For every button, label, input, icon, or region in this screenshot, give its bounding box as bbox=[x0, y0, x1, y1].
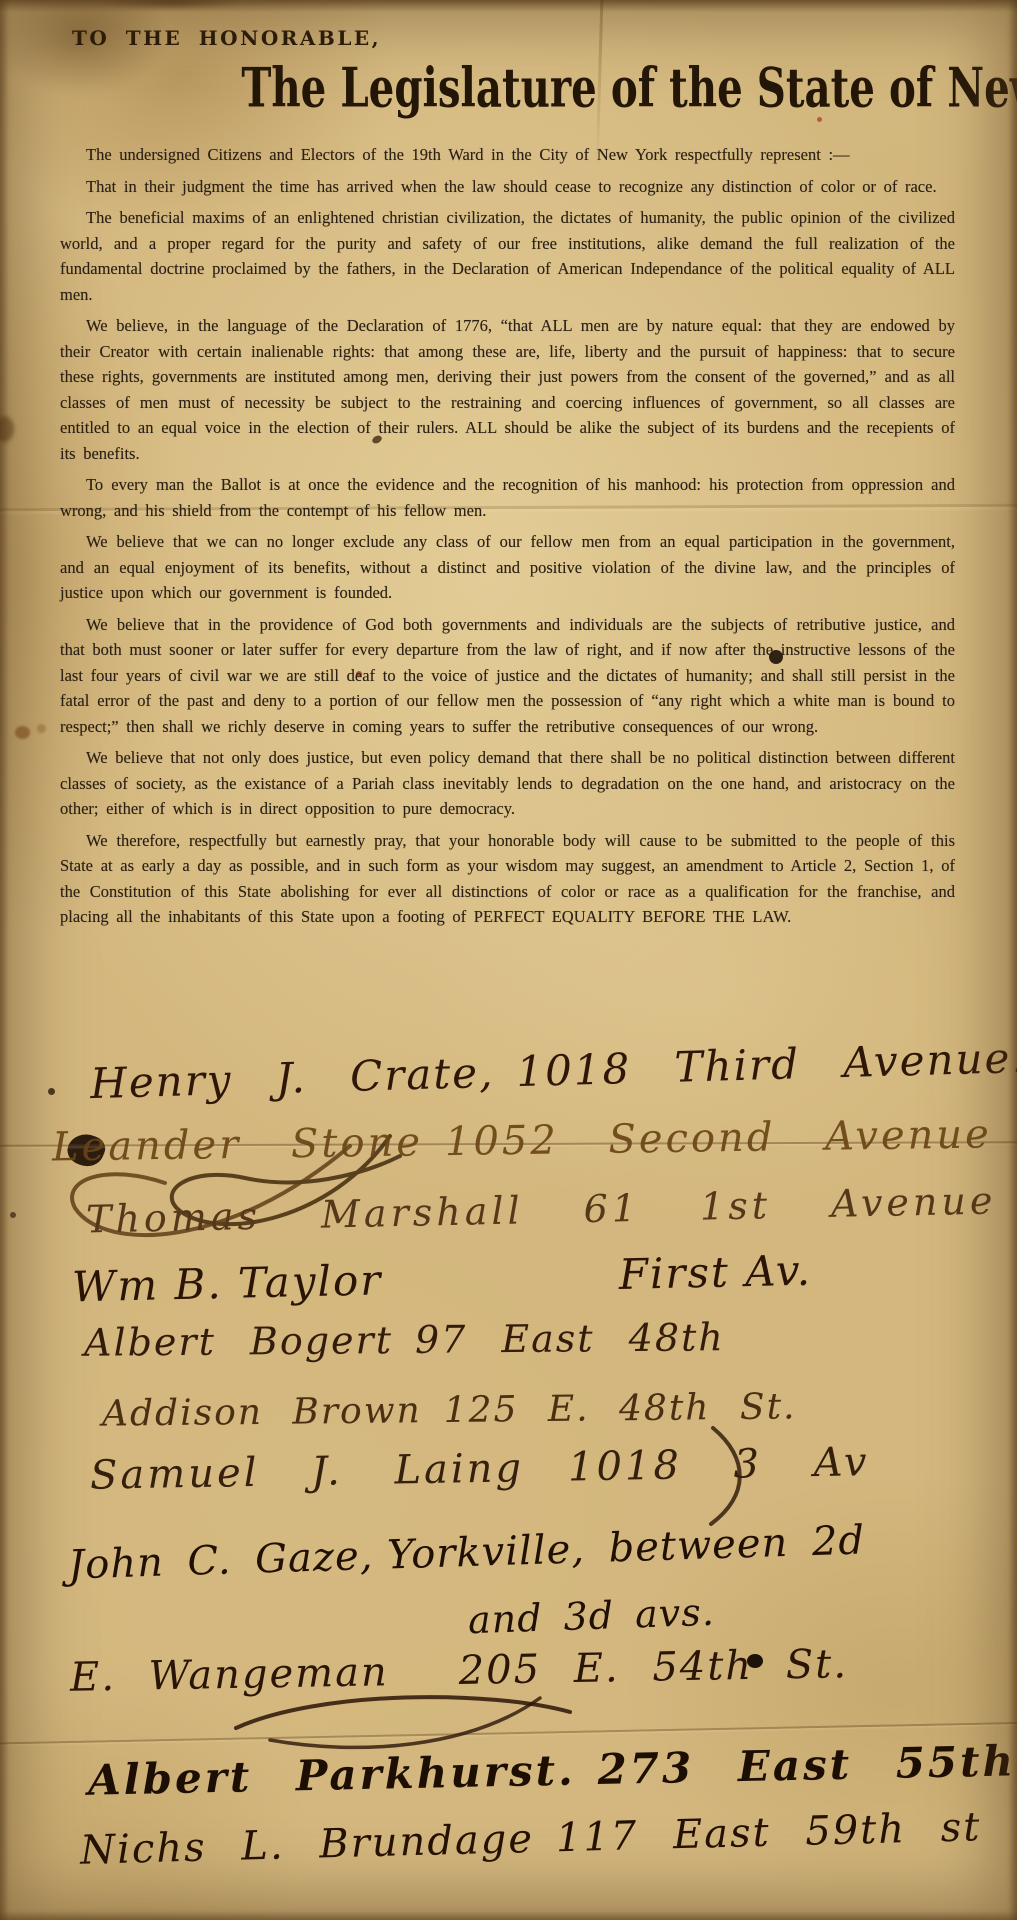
signature-row-2: Leander Stone1052 Second Avenue bbox=[52, 1111, 992, 1170]
signature-address: First Av. bbox=[618, 1246, 812, 1299]
signature-row-4: Wm B. TaylorFirst Av. bbox=[72, 1246, 813, 1312]
paragraph-4: To every man the Ballot is at once the e… bbox=[60, 472, 955, 523]
signature-address: 1018 Third Avenue. bbox=[516, 1033, 1017, 1096]
signature-name: Wm B. Taylor bbox=[72, 1255, 383, 1311]
signature-name: Leander Stone bbox=[52, 1119, 424, 1170]
signature-address: 1018 3 Av bbox=[568, 1439, 870, 1490]
signature-name: Albert Bogert bbox=[84, 1318, 393, 1365]
paragraph-7: We believe that not only does justice, b… bbox=[60, 745, 955, 822]
signature-row-5: Albert Bogert97 East 48th bbox=[84, 1315, 725, 1365]
signature-row-8: John C. Gaze,Yorkville, between 2d bbox=[67, 1517, 865, 1588]
signature-row-9: E. Wangeman205 E. 54th St. bbox=[70, 1641, 849, 1701]
signature-name: John C. Gaze, bbox=[67, 1533, 374, 1589]
ink-dot bbox=[10, 1212, 16, 1218]
signature-row-3: Thomas Marshall61 1st Avenue bbox=[86, 1178, 997, 1241]
signature-address: 125 E. 48th St. bbox=[444, 1386, 797, 1431]
signature-address: 117 East 59th st bbox=[555, 1804, 982, 1861]
signature-address: Yorkville, between 2d bbox=[387, 1517, 866, 1578]
paragraph-3: We believe, in the language of the Decla… bbox=[60, 313, 955, 466]
signature-row-6: Addison Brown125 E. 48th St. bbox=[102, 1386, 797, 1434]
paragraph-5: We believe that we can no longer exclude… bbox=[60, 529, 955, 606]
signature-address: 97 East 48th bbox=[415, 1315, 725, 1362]
signature-row-10: Albert Parkhurst.273 East 55th bbox=[88, 1736, 1017, 1804]
signature-address: 205 E. 54th St. bbox=[458, 1641, 848, 1694]
intro-paragraph: The undersigned Citizens and Electors of… bbox=[60, 142, 955, 168]
paragraph-8: We therefore, respectfully but earnestly… bbox=[60, 828, 955, 930]
signature-row-7: Samuel J. Laing1018 3 Av bbox=[90, 1439, 870, 1499]
signature-address: 61 1st Avenue bbox=[583, 1178, 997, 1231]
salutation: TO THE HONORABLE, bbox=[72, 26, 955, 50]
paragraph-1: That in their judgment the time has arri… bbox=[60, 174, 955, 200]
signature-row-1: Henry J. Crate,1018 Third Avenue. bbox=[89, 1033, 1017, 1108]
page-title: The Legislature of the State of New York… bbox=[60, 60, 955, 116]
signature-name: Thomas Marshall bbox=[86, 1188, 524, 1241]
petition-document: TO THE HONORABLE, The Legislature of the… bbox=[0, 0, 1017, 1920]
signature-name: Nichs L. Brundage bbox=[80, 1816, 535, 1874]
paragraph-6: We believe that in the providence of God… bbox=[60, 612, 955, 740]
signature-name: Albert Parkhurst. bbox=[88, 1746, 576, 1805]
signature-name: Samuel J. Laing bbox=[90, 1445, 525, 1499]
signature-name: Addison Brown bbox=[102, 1390, 422, 1434]
signature-name: Henry J. Crate, bbox=[89, 1048, 495, 1108]
paragraph-2: The beneficial maxims of an enlightened … bbox=[60, 205, 955, 307]
signature-name: E. Wangeman bbox=[70, 1649, 389, 1701]
ink-dot bbox=[48, 1088, 55, 1095]
signature-address: 1052 Second Avenue bbox=[445, 1111, 992, 1165]
signature-row-11: Nichs L. Brundage117 East 59th st bbox=[80, 1804, 982, 1874]
signature-address: 273 East 55th bbox=[597, 1736, 1017, 1794]
printed-text-block: TO THE HONORABLE, The Legislature of the… bbox=[0, 0, 1017, 930]
signature-address-line2: and 3d avs. bbox=[467, 1590, 715, 1643]
